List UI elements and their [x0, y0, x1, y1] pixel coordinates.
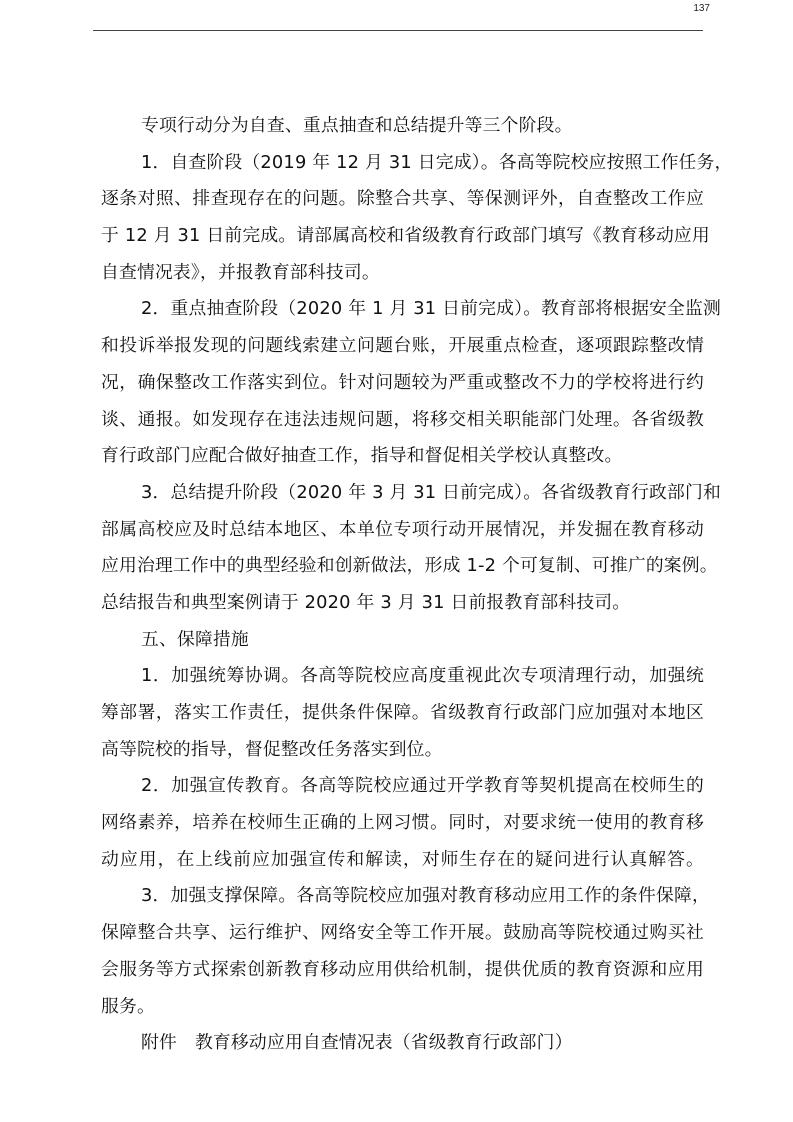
header-rule: [93, 30, 703, 31]
text-line: 动应用，在上线前应加强宣传和解读，对师生存在的疑问进行认真解答。: [101, 842, 704, 879]
text-line: 况，确保整改工作落实到位。针对问题较为严重或整改不力的学校将进行约: [101, 365, 704, 402]
text-line: 五、保障措施: [101, 622, 704, 659]
text-line: 1．自查阶段（2019 年 12 月 31 日完成）。各高等院校应按照工作任务，: [101, 145, 704, 182]
text-line: 总结报告和典型案例请于 2020 年 3 月 31 日前报教育部科技司。: [101, 585, 704, 622]
text-line: 服务。: [101, 989, 704, 1026]
text-line: 育行政部门应配合做好抽查工作，指导和督促相关学校认真整改。: [101, 438, 704, 475]
page-number: 137: [680, 3, 710, 14]
text-line: 附件 教育移动应用自查情况表（省级教育行政部门）: [101, 1025, 704, 1062]
text-line: 保障整合共享、运行维护、网络安全等工作开展。鼓励高等院校通过购买社: [101, 915, 704, 952]
text-line: 3．总结提升阶段（2020 年 3 月 31 日前完成）。各省级教育行政部门和: [101, 475, 704, 512]
text-line: 2．重点抽查阶段（2020 年 1 月 31 日前完成）。教育部将根据安全监测: [101, 291, 704, 328]
text-line: 逐条对照、排查现存在的问题。除整合共享、等保测评外，自查整改工作应: [101, 181, 704, 218]
text-line: 高等院校的指导，督促整改任务落实到位。: [101, 732, 704, 769]
text-line: 于 12 月 31 日前完成。请部属高校和省级教育行政部门填写《教育移动应用: [101, 218, 704, 255]
text-line: 谈、通报。如发现存在违法违规问题，将移交相关职能部门处理。各省级教: [101, 402, 704, 439]
text-line: 部属高校应及时总结本地区、本单位专项行动开展情况，并发掘在教育移动: [101, 512, 704, 549]
text-line: 会服务等方式探索创新教育移动应用供给机制，提供优质的教育资源和应用: [101, 952, 704, 989]
text-line: 1．加强统筹协调。各高等院校应高度重视此次专项清理行动，加强统: [101, 658, 704, 695]
text-line: 应用治理工作中的典型经验和创新做法，形成 1-2 个可复制、可推广的案例。: [101, 548, 704, 585]
text-line: 2．加强宣传教育。各高等院校应通过开学教育等契机提高在校师生的: [101, 768, 704, 805]
document-body: 专项行动分为自查、重点抽查和总结提升等三个阶段。1．自查阶段（2019 年 12…: [101, 108, 704, 1062]
text-line: 3．加强支撑保障。各高等院校应加强对教育移动应用工作的条件保障，: [101, 878, 704, 915]
text-line: 自查情况表》，并报教育部科技司。: [101, 255, 704, 292]
text-line: 专项行动分为自查、重点抽查和总结提升等三个阶段。: [101, 108, 704, 145]
text-line: 和投诉举报发现的问题线索建立问题台账，开展重点检查，逐项跟踪整改情: [101, 328, 704, 365]
text-line: 网络素养，培养在校师生正确的上网习惯。同时，对要求统一使用的教育移: [101, 805, 704, 842]
text-line: 筹部署，落实工作责任，提供条件保障。省级教育行政部门应加强对本地区: [101, 695, 704, 732]
